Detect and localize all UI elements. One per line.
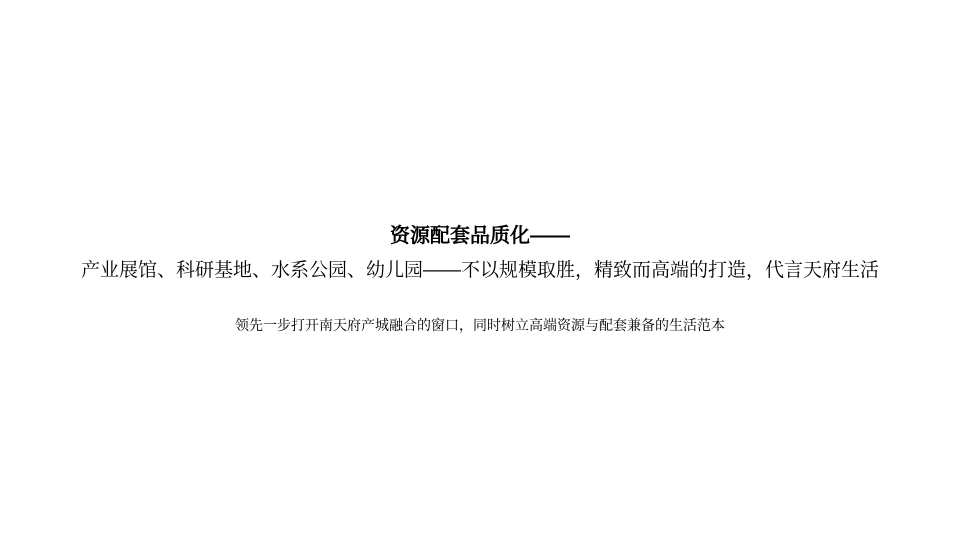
slide-title: 资源配套品质化—— [0,223,960,249]
slide-canvas: 资源配套品质化—— 产业展馆、科研基地、水系公园、幼儿园——不以规模取胜，精致而… [0,0,960,540]
slide-subtitle: 产业展馆、科研基地、水系公园、幼儿园——不以规模取胜，精致而高端的打造，代言天府… [0,257,960,284]
slide-tagline: 领先一步打开南天府产城融合的窗口，同时树立高端资源与配套兼备的生活范本 [0,316,960,334]
